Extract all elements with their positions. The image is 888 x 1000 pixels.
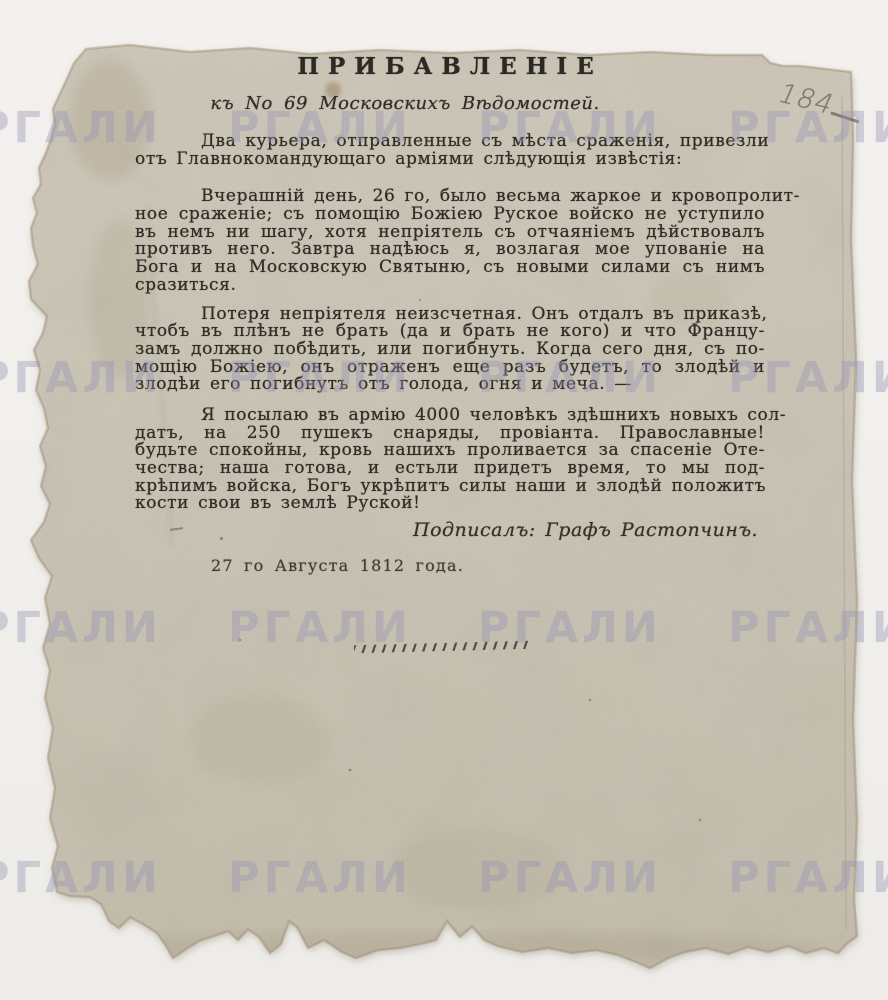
paragraph: Потеря непріятеля неизсчетная. Онъ отдал… bbox=[135, 306, 765, 394]
paragraph: Два курьера, отправленные съ мѣста сраже… bbox=[135, 133, 765, 168]
text-line: Я посылаю въ армію 4000 человѣкъ здѣшних… bbox=[135, 407, 765, 425]
flourish-divider bbox=[354, 641, 532, 654]
scanned-page: ПРИБАВЛЕНІЕ къ No 69 Московскихъ Вѣдомос… bbox=[0, 0, 888, 1000]
text-line: отъ Главнокомандующаго арміями слѣдующія… bbox=[135, 151, 765, 169]
pencil-number: 184 bbox=[773, 79, 839, 121]
text-line: замъ должно побѣдить, или погибнуть. Ког… bbox=[135, 341, 765, 359]
date-line: 27 го Августа 1812 года. bbox=[211, 556, 464, 575]
stray-mark bbox=[220, 537, 223, 540]
paragraph: Я посылаю въ армію 4000 человѣкъ здѣшних… bbox=[135, 407, 765, 513]
pencil-dash bbox=[830, 111, 859, 123]
pencil-annotation: 184 bbox=[776, 78, 836, 121]
stray-mark bbox=[170, 527, 183, 531]
text-line: злодѣи его погибнутъ отъ голода, огня и … bbox=[135, 376, 765, 394]
page-subtitle: къ No 69 Московскихъ Вѣдомостей. bbox=[105, 93, 705, 114]
paragraph: Вчерашній день, 26 го, было весьма жарко… bbox=[135, 188, 765, 294]
signature-line: Подписалъ: Графъ Растопчинъ. bbox=[413, 519, 758, 541]
paragraphs: Два курьера, отправленные съ мѣста сраже… bbox=[135, 133, 765, 525]
text-line: кости свои въ землѣ Руской! bbox=[135, 495, 765, 513]
document-text: ПРИБАВЛЕНІЕ къ No 69 Московскихъ Вѣдомос… bbox=[0, 0, 888, 1000]
page-title: ПРИБАВЛЕНІЕ bbox=[135, 53, 779, 80]
text-line: сразиться. bbox=[135, 277, 765, 295]
